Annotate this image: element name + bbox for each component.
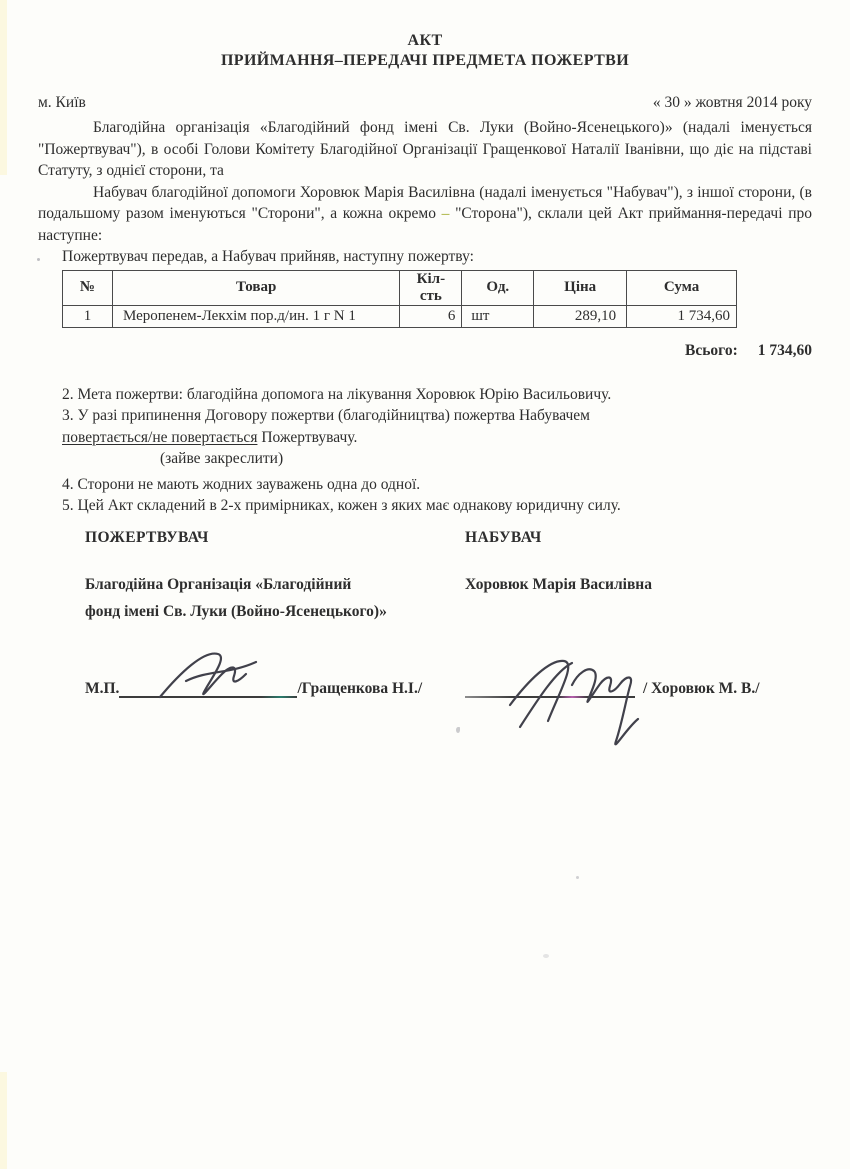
col-header-unit: Од. [462,270,534,305]
donation-items-table: № Товар Кіл-сть Од. Ціна Сума 1 Меропене… [62,270,737,328]
recipient-role-heading: НАБУВАЧ [465,529,805,547]
clauses-list: 2. Мета пожертви: благодійна допомога на… [62,384,812,517]
total-value: 1 734,60 [758,342,812,360]
clause-3-line2: повертається/не повертається Пожертвувач… [62,427,812,449]
scan-edge-tint [0,0,7,175]
scan-speck [576,876,579,879]
recipient-handwritten-signature [496,643,691,755]
cell-sum: 1 734,60 [627,305,737,327]
table-header-row: № Товар Кіл-сть Од. Ціна Сума [63,270,737,305]
paragraph-recipient: Набувач благодійної допомоги Хоровюк Мар… [38,182,812,247]
recipient-signature-row: / Хоровюк М. В./ [465,679,760,698]
cell-quantity: 6 [400,305,462,327]
donor-handwritten-signature [150,645,290,709]
total-line: Всього:1 734,60 [38,342,812,360]
donor-signature-line [119,679,297,698]
document-subtitle: ПРИЙМАННЯ–ПЕРЕДАЧІ ПРЕДМЕТА ПОЖЕРТВИ [38,52,812,70]
date-label: « 30 » жовтня 2014 року [653,94,812,112]
recipient-signature-column: НАБУВАЧ Хоровюк Марія Василівна [465,529,805,598]
scan-edge-tint [0,1072,7,1169]
col-header-quantity: Кіл-сть [400,270,462,305]
donor-org-line2: фонд імені Св. Луки (Войно-Ясенецького)» [85,598,425,625]
table-intro: Пожертвувач передав, а Набувач прийняв, … [62,246,812,268]
place-label: м. Київ [38,94,86,112]
clause-3-line1: 3. У разі припинення Договору пожертви (… [62,405,812,427]
recipient-signature-line [465,679,635,698]
donor-organization-name: Благодійна Організація «Благодійний фонд… [85,571,425,625]
seal-place-label: М.П. [85,680,119,698]
clause-4: 4. Сторони не мають жодних зауважень одн… [62,474,812,496]
donor-org-line1: Благодійна Організація «Благодійний [85,571,425,598]
document-content: АКТ ПРИЙМАННЯ–ПЕРЕДАЧІ ПРЕДМЕТА ПОЖЕРТВИ… [38,0,812,829]
scanned-document-page: АКТ ПРИЙМАННЯ–ПЕРЕДАЧІ ПРЕДМЕТА ПОЖЕРТВИ… [0,0,850,1169]
recipient-person-name: Хоровюк Марія Василівна [465,571,805,598]
document-title: АКТ [38,32,812,50]
col-header-number: № [63,270,113,305]
cell-price: 289,10 [534,305,627,327]
scan-speck [543,954,549,958]
clause-3-rest: Пожертвувачу. [257,429,357,446]
cell-unit: шт [462,305,534,327]
table-row: 1 Меропенем-Лекхім пор.д/ин. 1 г N 1 6 ш… [63,305,737,327]
col-header-price: Ціна [534,270,627,305]
total-label: Всього: [685,342,738,359]
cell-item: Меропенем-Лекхім пор.д/ин. 1 г N 1 [112,305,399,327]
recipient-signature-caption: / Хоровюк М. В./ [643,680,760,698]
clause-3-note: (зайве закреслити) [160,448,812,470]
col-header-item: Товар [112,270,399,305]
cell-number: 1 [63,305,113,327]
signatures-section: ПОЖЕРТВУВАЧ Благодійна Організація «Благ… [38,529,812,829]
clause-5: 5. Цей Акт складений в 2-х примірниках, … [62,495,812,517]
donor-signature-row: М.П. /Гращенкова Н.І./ [85,679,422,698]
donor-signature-caption: /Гращенкова Н.І./ [297,680,422,698]
col-header-sum: Сума [627,270,737,305]
clause-2: 2. Мета пожертви: благодійна допомога на… [62,384,812,406]
donor-signature-column: ПОЖЕРТВУВАЧ Благодійна Організація «Благ… [85,529,425,625]
place-date-line: м. Київ « 30 » жовтня 2014 року [38,94,812,112]
donor-role-heading: ПОЖЕРТВУВАЧ [85,529,425,547]
paragraph-donor: Благодійна організація «Благодійний фонд… [38,117,812,182]
underlined-choice: повертається/не повертається [62,429,257,446]
scan-speck [456,727,460,733]
scan-speck [37,258,40,261]
